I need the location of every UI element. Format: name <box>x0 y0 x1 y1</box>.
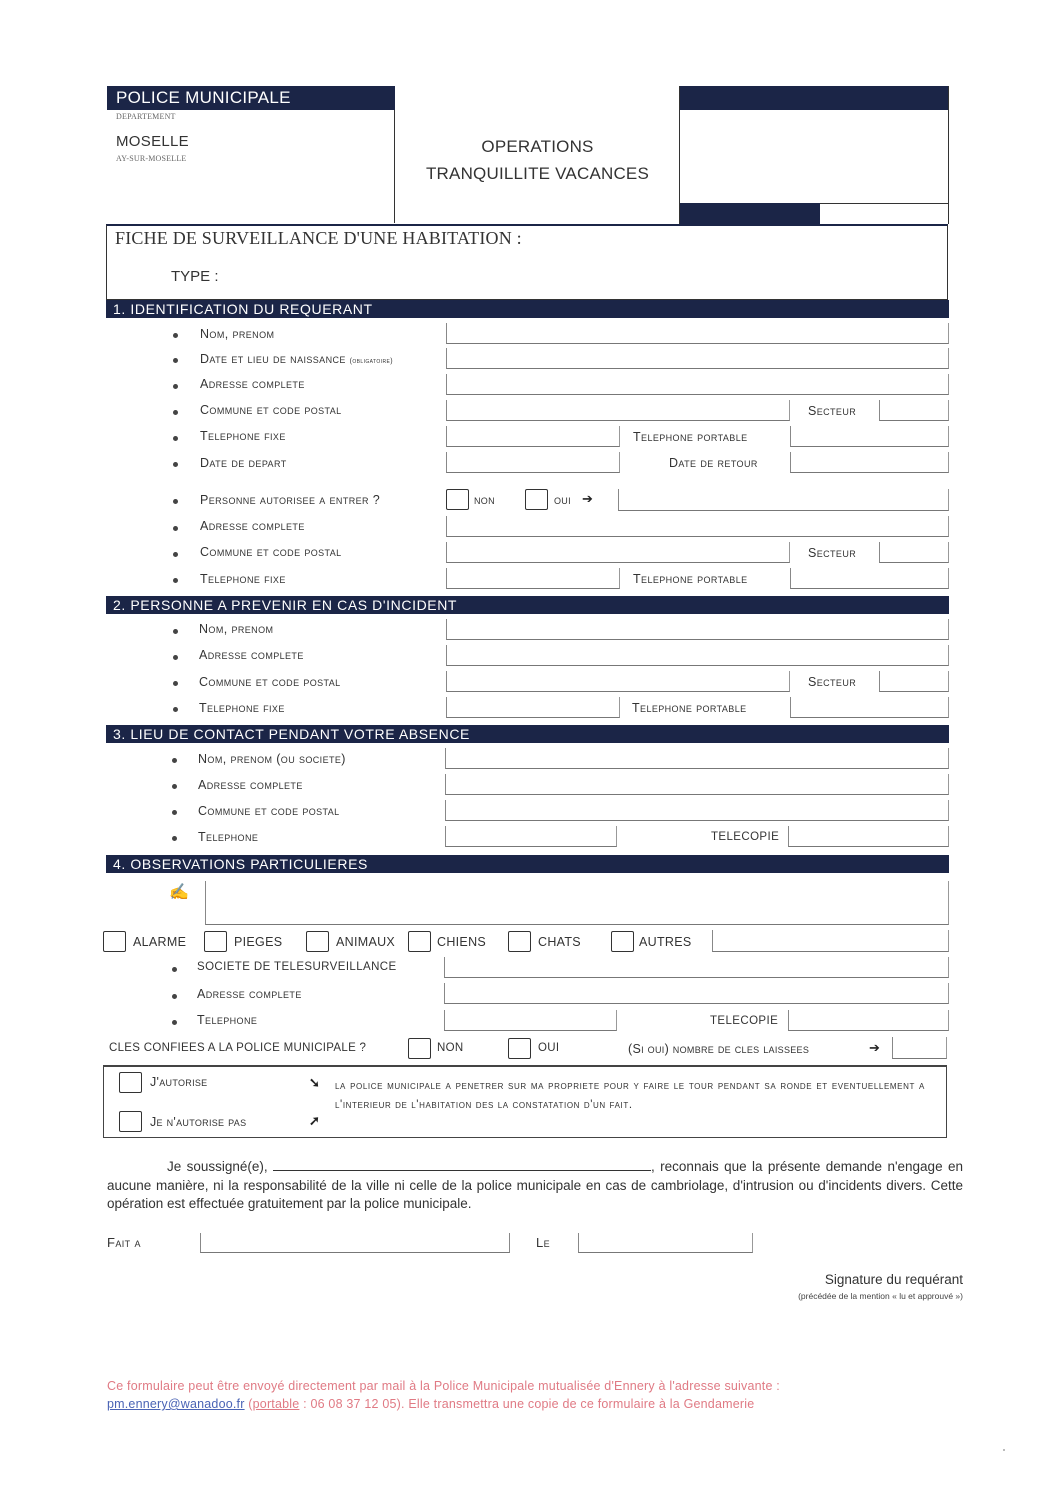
label-animaux: ANIMAUX <box>336 935 395 949</box>
field-nom-prenom-2[interactable] <box>446 619 949 640</box>
checkbox-chiens[interactable] <box>408 931 431 952</box>
header-org-block: POLICE MUNICIPALE DEPARTEMENT MOSELLE AY… <box>107 86 395 223</box>
label-tel-portable-2: Telephone portable <box>633 572 748 586</box>
field-soussigne[interactable] <box>273 1159 651 1171</box>
label-oui: oui <box>554 493 571 507</box>
field-adresse-3[interactable] <box>446 645 949 666</box>
signature-subtitle: (précédée de la mention « lu et approuvé… <box>700 1291 963 1301</box>
label-adresse-3: Adresse complete <box>199 648 304 662</box>
label-tel-portable-3: Telephone portable <box>632 701 747 715</box>
checkbox-j-autorise[interactable] <box>119 1072 142 1093</box>
label-telephone: Telephone <box>198 830 258 844</box>
label-telecopie-2: TELECOPIE <box>710 1015 778 1027</box>
section-3-header: 3. LIEU DE CONTACT PENDANT VOTRE ABSENCE <box>106 725 949 743</box>
field-commune[interactable] <box>446 400 790 421</box>
field-adresse-4[interactable] <box>445 774 949 795</box>
label-non: non <box>474 493 495 507</box>
bullet <box>173 707 178 712</box>
label-tel-fixe-3: Telephone fixe <box>199 701 285 715</box>
form-title: OPERATIONS TRANQUILLITE VACANCES <box>395 133 680 187</box>
declaration-paragraph: Je soussigné(e), , reconnais que la prés… <box>107 1158 963 1214</box>
field-autres[interactable] <box>712 930 949 952</box>
bullet <box>172 967 177 972</box>
bullet <box>173 655 178 660</box>
checkbox-autres[interactable] <box>611 931 634 952</box>
bullet <box>173 578 178 583</box>
field-secteur-3[interactable] <box>879 671 949 692</box>
bullet <box>173 526 178 531</box>
field-date-depart[interactable] <box>446 452 620 473</box>
label-cles-confiees: CLES CONFIEES A LA POLICE MUNICIPALE ? <box>109 1042 366 1054</box>
bullet <box>173 333 178 338</box>
checkbox-alarme[interactable] <box>103 931 126 952</box>
arrow-up-right-icon: ➚ <box>309 1113 320 1129</box>
org-name: POLICE MUNICIPALE <box>107 86 395 110</box>
field-le[interactable] <box>578 1233 753 1253</box>
bullet <box>173 629 178 634</box>
field-telephone[interactable] <box>445 826 617 847</box>
type-label: TYPE : <box>171 268 219 285</box>
label-adresse-2: Adresse complete <box>200 519 305 533</box>
field-personne-autorisee[interactable] <box>618 489 949 511</box>
authorization-text: la police municipale a penetrer sur ma p… <box>335 1077 925 1115</box>
field-adresse-5[interactable] <box>444 983 949 1004</box>
label-secteur-2: Secteur <box>808 546 856 560</box>
field-nombre-cles[interactable] <box>892 1037 947 1059</box>
bullet <box>173 681 178 686</box>
stamp-top-band <box>680 86 948 110</box>
email-link[interactable]: pm.ennery@wanadoo.fr <box>107 1397 245 1411</box>
label-adresse-5: Adresse complete <box>197 987 302 1001</box>
label-j-autorise: J'autorise <box>150 1075 207 1089</box>
label-secteur: Secteur <box>808 404 856 418</box>
label-le: Le <box>536 1235 550 1250</box>
bullet <box>173 462 178 467</box>
arrow-down-right-icon: ➘ <box>309 1075 320 1091</box>
checkbox-chats[interactable] <box>508 931 531 952</box>
field-observations[interactable] <box>205 881 949 925</box>
field-adresse[interactable] <box>446 374 949 395</box>
label-personne-autorisee: Personne autorisee a entrer ? <box>200 493 380 507</box>
authorization-box: J'autorise Je n'autorise pas ➘ ➚ la poli… <box>103 1065 947 1138</box>
label-societe-telesurveillance: SOCIETE DE TELESURVEILLANCE <box>197 961 397 973</box>
field-societe-telesurveillance[interactable] <box>444 957 949 978</box>
label-nom-prenom-2: Nom, prenom <box>199 622 273 636</box>
label-tel-fixe: Telephone fixe <box>200 429 286 443</box>
checkbox-pieges[interactable] <box>204 931 227 952</box>
label-commune: Commune et code postal <box>200 403 342 417</box>
label-tel-fixe-2: Telephone fixe <box>200 572 286 586</box>
field-secteur-2[interactable] <box>879 542 949 563</box>
field-fait-a[interactable] <box>200 1233 510 1253</box>
field-date-lieu-naissance[interactable] <box>446 348 949 369</box>
label-nom-prenom: Nom, prenom <box>200 327 274 341</box>
label-nom-societe: Nom, prenom (ou societe) <box>198 752 346 766</box>
fiche-title: FICHE DE SURVEILLANCE D'UNE HABITATION : <box>115 228 522 249</box>
field-tel-fixe-3[interactable] <box>446 697 620 718</box>
section-4-header: 4. OBSERVATIONS PARTICULIERES <box>106 855 949 873</box>
label-telecopie: TELECOPIE <box>711 831 779 843</box>
bullet <box>172 810 177 815</box>
signature-area[interactable] <box>700 1306 963 1366</box>
section-2-header: 2. PERSONNE A PREVENIR EN CAS D'INCIDENT <box>106 596 949 614</box>
checkbox-cles-non[interactable] <box>408 1038 431 1059</box>
bullet <box>173 358 178 363</box>
portable-label: portable <box>253 1397 300 1411</box>
label-pieges: PIEGES <box>234 935 282 949</box>
field-tel-portable-3[interactable] <box>790 697 949 718</box>
field-commune-4[interactable] <box>445 800 949 821</box>
bullet <box>172 994 177 999</box>
checkbox-je-n-autorise-pas[interactable] <box>119 1111 142 1132</box>
arrow-right-icon: ➔ <box>582 491 593 507</box>
field-tel-fixe[interactable] <box>446 426 620 447</box>
label-chiens: CHIENS <box>437 935 486 949</box>
checkbox-personne-non[interactable] <box>446 489 469 510</box>
label-secteur-3: Secteur <box>808 675 856 689</box>
bullet <box>172 1020 177 1025</box>
label-je-n-autorise-pas: Je n'autorise pas <box>150 1115 246 1129</box>
label-commune-2: Commune et code postal <box>200 545 342 559</box>
label-nombre-cles: (Si oui) nombre de cles laissees <box>628 1042 809 1056</box>
field-telecopie[interactable] <box>788 826 949 847</box>
bullet <box>173 410 178 415</box>
label-date-lieu-naissance: Date et lieu de naissance (obligatoire) <box>200 352 393 366</box>
field-telecopie-2[interactable] <box>788 1010 949 1031</box>
section-1-header: 1. IDENTIFICATION DU REQUERANT <box>106 300 949 318</box>
label-autres: AUTRES <box>639 935 692 949</box>
field-adresse-2[interactable] <box>446 516 949 537</box>
label-commune-4: Commune et code postal <box>198 804 340 818</box>
bullet <box>172 836 177 841</box>
field-commune-3[interactable] <box>446 671 790 692</box>
label-commune-3: Commune et code postal <box>199 675 341 689</box>
label-telephone-2: Telephone <box>197 1013 257 1027</box>
field-date-retour[interactable] <box>790 452 949 473</box>
label-date-retour: Date de retour <box>669 456 758 470</box>
field-commune-2[interactable] <box>446 542 790 563</box>
label-cles-non: NON <box>437 1042 463 1054</box>
commune-name: AY-SUR-MOSELLE <box>116 154 187 163</box>
label-adresse-4: Adresse complete <box>198 778 303 792</box>
bullet <box>173 436 178 441</box>
label-chats: CHATS <box>538 935 581 949</box>
header-stamp-box <box>679 86 949 224</box>
field-tel-fixe-2[interactable] <box>446 568 620 589</box>
department-name: MOSELLE <box>116 133 189 150</box>
field-secteur[interactable] <box>879 400 949 421</box>
label-tel-portable: Telephone portable <box>633 430 748 444</box>
signature-title: Signature du requérant <box>700 1272 963 1287</box>
checkbox-personne-oui[interactable] <box>525 489 548 510</box>
bullet <box>173 552 178 557</box>
label-date-depart: Date de depart <box>200 456 287 470</box>
bullet <box>172 784 177 789</box>
field-tel-portable-2[interactable] <box>790 568 949 589</box>
bullet <box>173 499 178 504</box>
field-nom-societe[interactable] <box>445 748 949 769</box>
pen-icon: ✍ <box>169 882 189 902</box>
bullet <box>172 758 177 763</box>
label-fait-a: Fait a <box>107 1235 141 1250</box>
label-adresse: Adresse complete <box>200 377 305 391</box>
stamp-number-field[interactable] <box>820 203 948 224</box>
footer-note: Ce formulaire peut être envoyé directeme… <box>107 1377 967 1413</box>
field-nom-prenom[interactable] <box>446 323 949 344</box>
fiche-box: FICHE DE SURVEILLANCE D'UNE HABITATION :… <box>106 224 948 300</box>
checkbox-animaux[interactable] <box>306 931 329 952</box>
field-tel-portable[interactable] <box>790 426 949 447</box>
label-alarme: ALARME <box>133 935 186 949</box>
bullet <box>173 384 178 389</box>
stamp-bottom-band <box>680 203 820 224</box>
field-telephone-2[interactable] <box>444 1010 617 1031</box>
department-label: DEPARTEMENT <box>116 112 176 121</box>
arrow-right-icon: ➔ <box>869 1040 880 1056</box>
checkbox-cles-oui[interactable] <box>508 1038 531 1059</box>
label-cles-oui: OUI <box>538 1042 559 1054</box>
scan-speck <box>1003 1449 1005 1451</box>
